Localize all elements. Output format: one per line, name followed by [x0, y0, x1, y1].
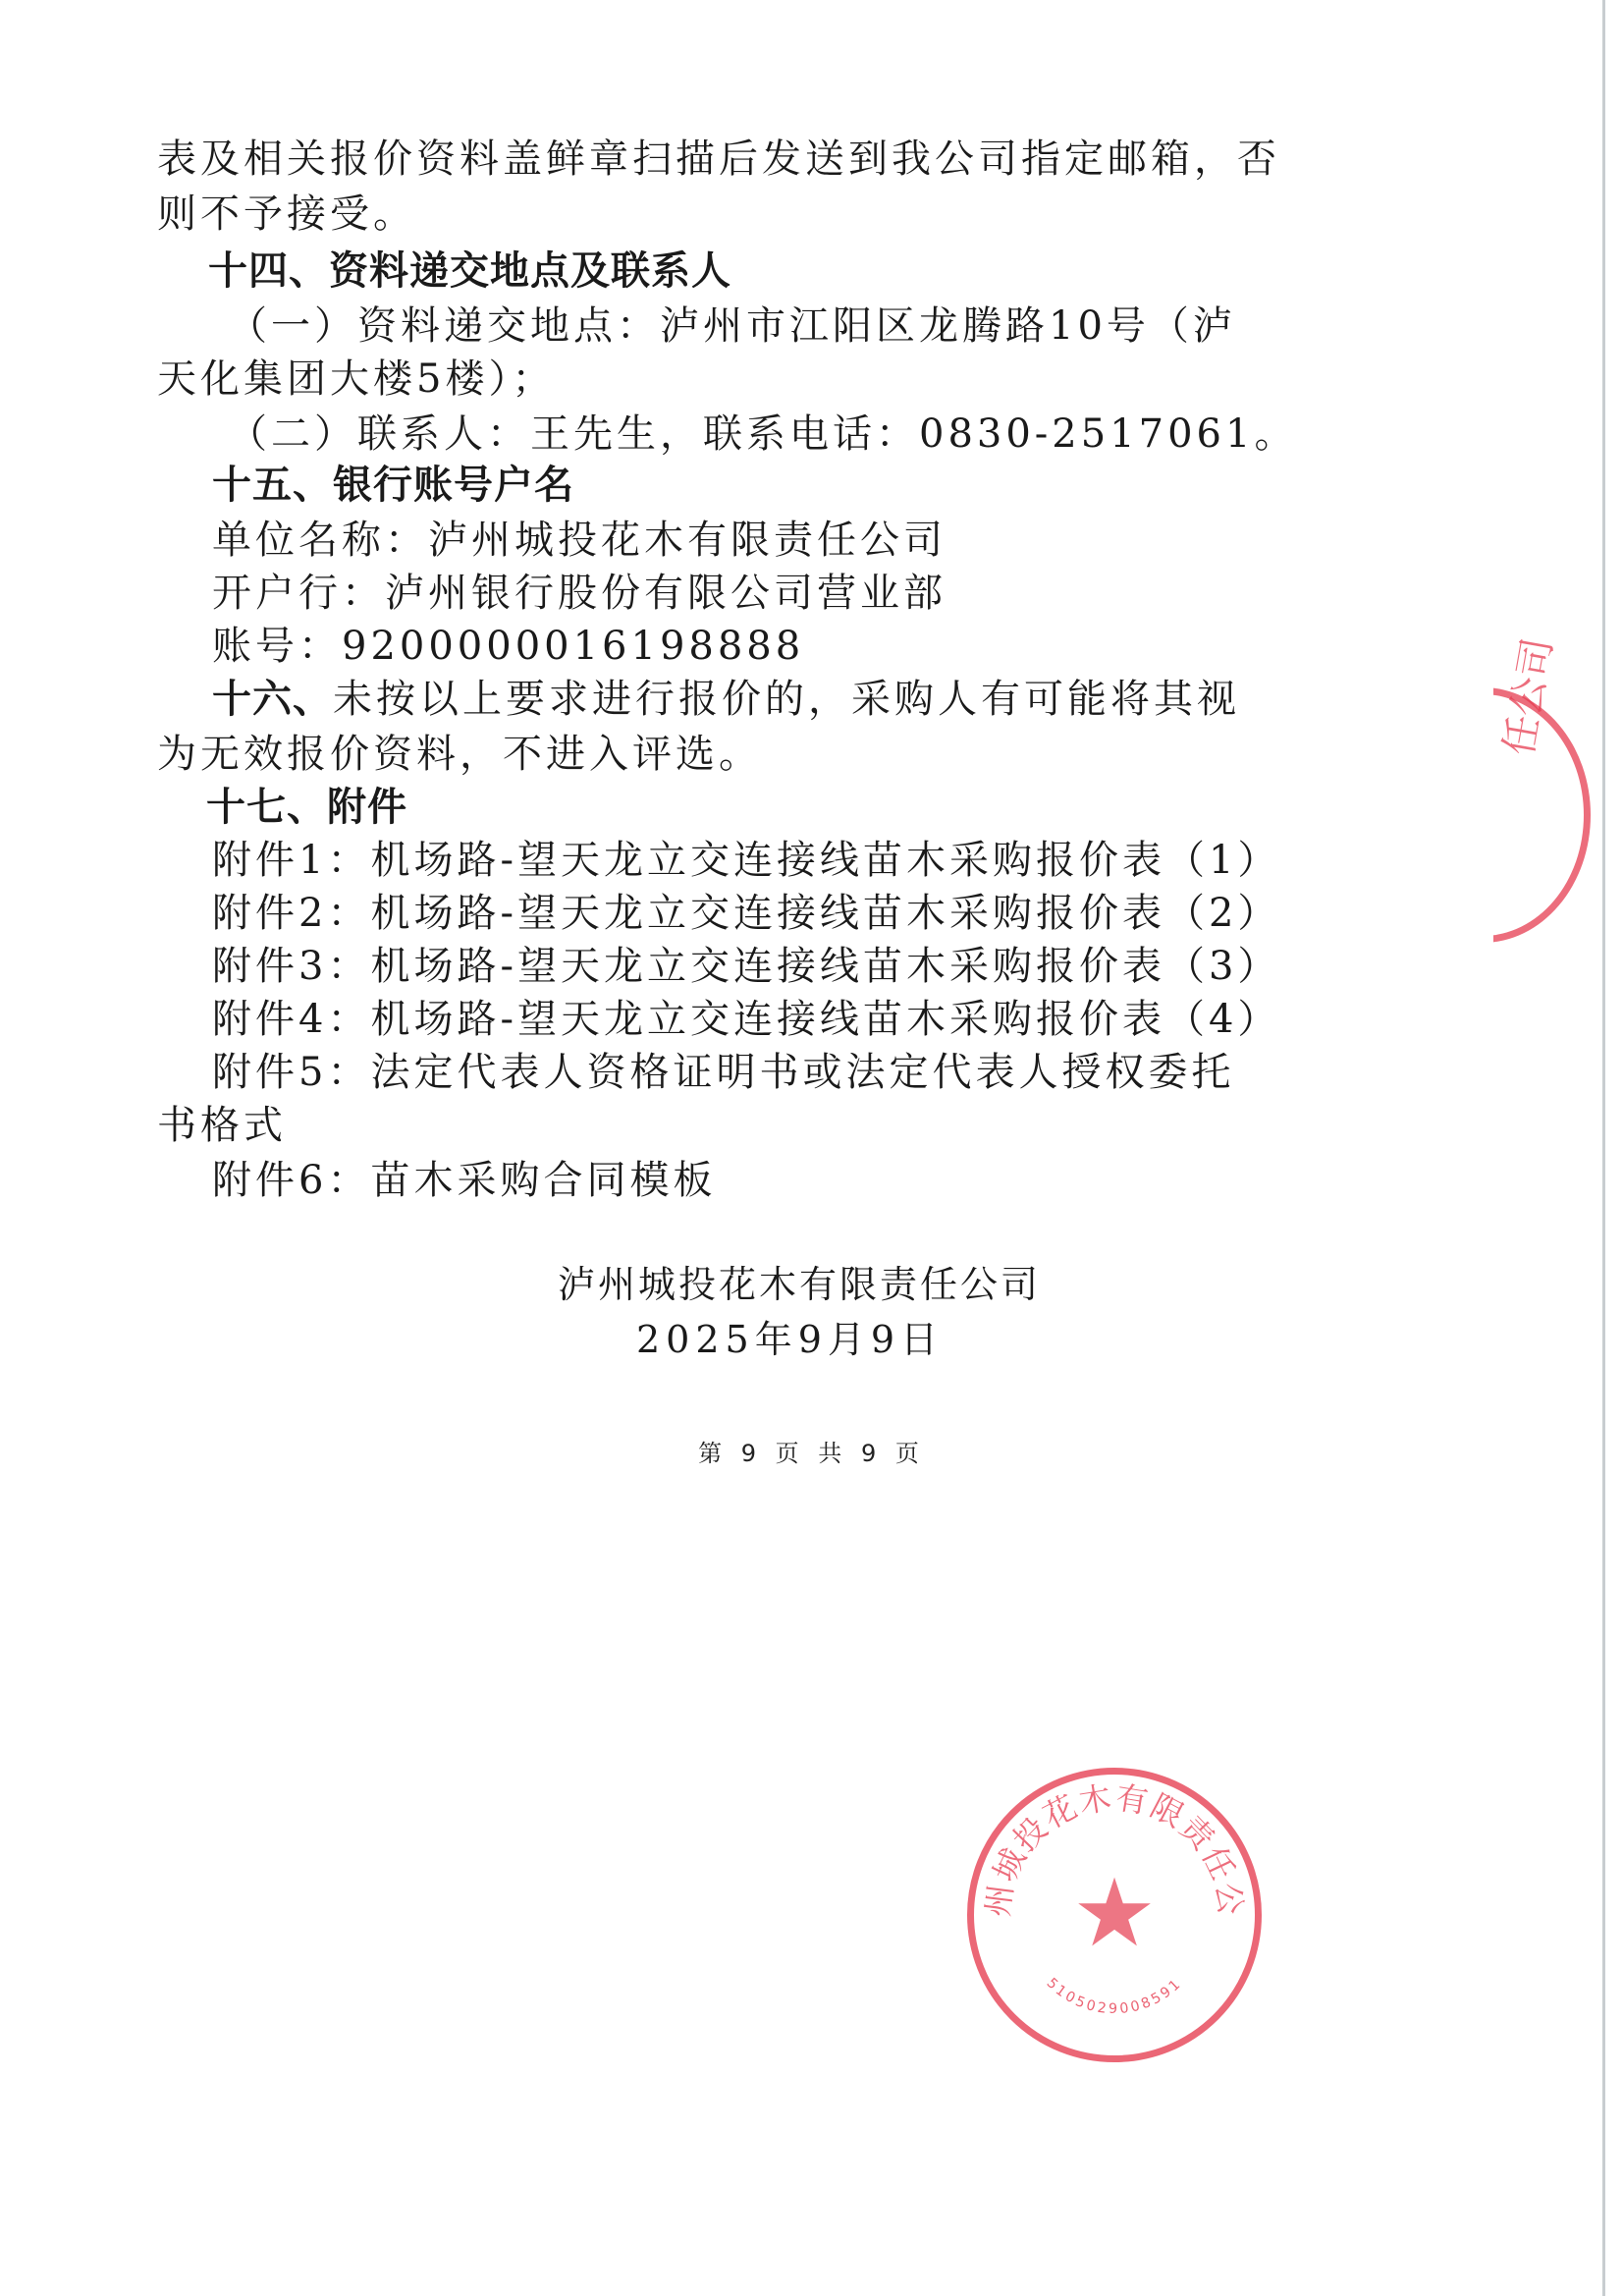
- attachment-item: 附件2：机场路-望天龙立交连接线苗木采购报价表（2）: [212, 890, 1280, 937]
- section-heading-14: 十四、资料递交地点及联系人: [208, 247, 731, 295]
- bank-line: 开户行：泸州银行股份有限公司营业部: [212, 570, 947, 617]
- signature-company: 泸州城投花木有限责任公司: [558, 1261, 1041, 1308]
- seam-seal-text: 任公司: [1495, 692, 1552, 758]
- document-page: 表及相关报价资料盖鲜章扫描后发送到我公司指定邮箱，否 则不予接受。 十四、资料递…: [0, 0, 1623, 2296]
- company-name-line: 单位名称：泸州城投花木有限责任公司: [212, 517, 947, 564]
- attachment-item: 附件1：机场路-望天龙立交连接线苗木采购报价表（1）: [212, 837, 1280, 884]
- attachment-item: 附件5：法定代表人资格证明书或法定代表人授权委托: [212, 1049, 1234, 1096]
- contact-line: （二）联系人：王先生，联系电话：0830-2517061。: [228, 410, 1297, 458]
- scan-edge: [1602, 0, 1605, 2296]
- star-icon: ★: [1072, 1866, 1157, 1960]
- official-seal-stamp: 泸州城投花木有限责任公司 5105029008591 ★: [967, 1768, 1262, 2062]
- section-heading-17: 十七、附件: [206, 784, 407, 831]
- attachment-item: 附件4：机场路-望天龙立交连接线苗木采购报价表（4）: [212, 996, 1280, 1043]
- page-footer: 第 9 页 共 9 页: [0, 1434, 1623, 1468]
- svg-text:泸州城投花木有限责任公司: 泸州城投花木有限责任公司: [974, 1775, 1250, 1919]
- signature-date: 2025年9月9日: [636, 1316, 944, 1363]
- attachment-item: 附件6：苗木采购合同模板: [212, 1157, 716, 1204]
- paragraph-line: 天化集团大楼5楼）；: [157, 355, 555, 403]
- paragraph-line: 为无效报价资料，不进入评选。: [157, 731, 762, 778]
- svg-text:5105029008591: 5105029008591: [1044, 1975, 1186, 2017]
- seal-text-ring: 泸州城投花木有限责任公司 5105029008591: [974, 1775, 1255, 2055]
- paragraph-line: （一）资料递交地点：泸州市江阳区龙腾路10号（泸: [228, 302, 1236, 350]
- paragraph-line: 则不予接受。: [157, 191, 416, 238]
- attachment-item-continuation: 书格式: [157, 1102, 287, 1149]
- section-heading-15: 十五、银行账号户名: [212, 462, 574, 509]
- paragraph-line: 表及相关报价资料盖鲜章扫描后发送到我公司指定邮箱，否: [157, 136, 1280, 183]
- paragraph-text: 未按以上要求进行报价的，采购人有可能将其视: [333, 677, 1240, 722]
- attachment-item: 附件3：机场路-望天龙立交连接线苗木采购报价表（3）: [212, 943, 1280, 990]
- section-16-line: 十六、未按以上要求进行报价的，采购人有可能将其视: [212, 676, 1240, 723]
- section-heading-16: 十六、: [212, 677, 333, 722]
- account-line: 账号：9200000016198888: [212, 623, 804, 670]
- seam-seal-stamp: [1375, 687, 1591, 943]
